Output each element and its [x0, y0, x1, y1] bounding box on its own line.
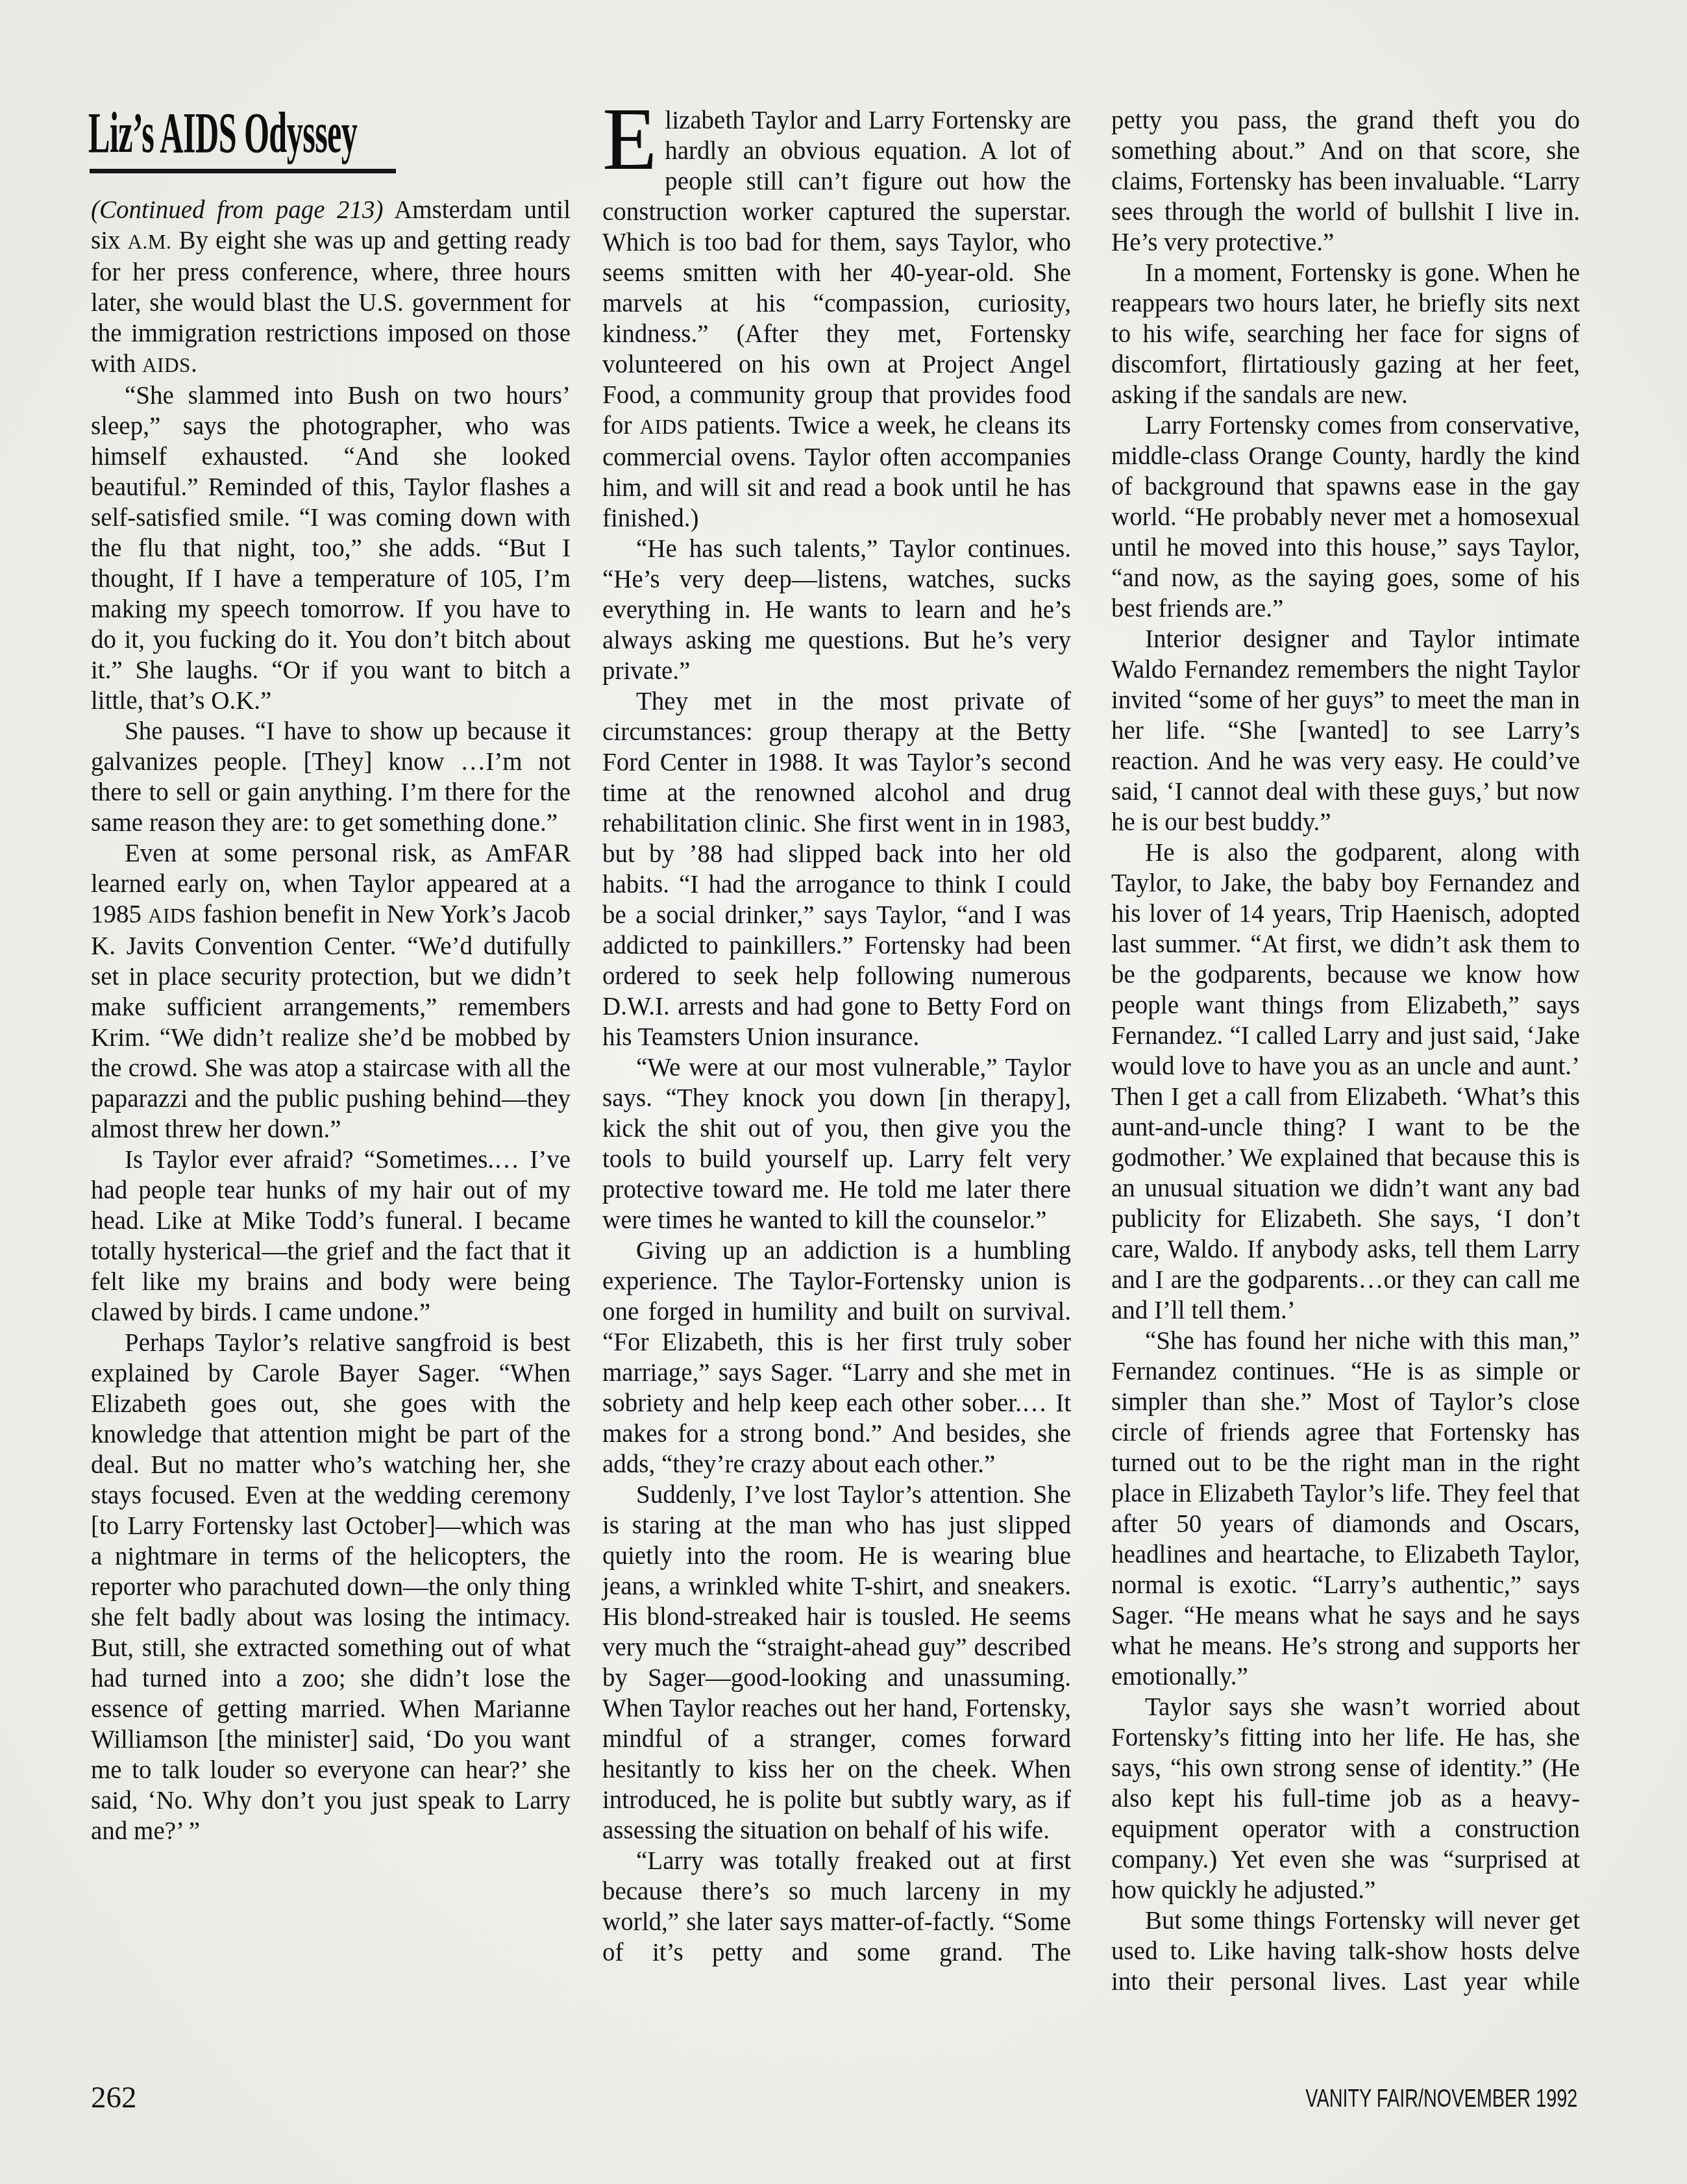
text-column-2: Elizabeth Taylor and Larry Fortensky are… [602, 105, 1071, 1968]
page-number: 262 [91, 2081, 137, 2114]
article-title: Liz’s AIDS Odyssey [88, 103, 357, 165]
title-rule [90, 169, 396, 173]
continued-note: (Continued from page 213) [91, 196, 384, 224]
paragraph: Is Taylor ever afraid? “Sometimes.… I’ve… [91, 1145, 571, 1328]
small-caps-text: AIDS [142, 354, 191, 377]
paragraph: In a moment, Fortensky is gone. When he … [1111, 258, 1580, 410]
paragraph: “He has such talents,” Taylor continues.… [602, 534, 1071, 686]
paragraph: Larry Fortensky comes from conservative,… [1111, 410, 1580, 624]
small-caps-text: AIDS [148, 904, 197, 927]
small-caps-text: A.M. [128, 230, 172, 253]
paragraph: Suddenly, I’ve lost Taylor’s attention. … [602, 1480, 1071, 1846]
paragraph: He is also the godparent, along with Tay… [1111, 838, 1580, 1326]
paragraph: They met in the most private of circumst… [602, 686, 1071, 1052]
paragraph: Perhaps Taylor’s relative sangfroid is b… [91, 1328, 571, 1846]
paragraph: “She slammed into Bush on two hours’ sle… [91, 380, 571, 716]
paragraph: “She has found her niche with this man,”… [1111, 1326, 1580, 1692]
paragraph: Taylor says she wasn’t worried about For… [1111, 1692, 1580, 1905]
paragraph: She pauses. “I have to show up because i… [91, 716, 571, 838]
paragraph: (Continued from page 213) Amsterdam unti… [91, 195, 571, 380]
paragraph: petty you pass, the grand theft you do s… [1111, 105, 1580, 258]
drop-cap: E [602, 105, 665, 170]
magazine-folio: VANITY FAIR/NOVEMBER 1992 [1305, 2085, 1577, 2113]
paragraph: But some things Fortensky will never get… [1111, 1905, 1580, 1997]
paragraph: “We were at our most vulnerable,” Taylor… [602, 1052, 1071, 1235]
text-column-3: petty you pass, the grand theft you do s… [1111, 105, 1580, 1997]
magazine-page: Liz’s AIDS Odyssey (Continued from page … [0, 0, 1687, 2184]
paragraph: Even at some personal risk, as AmFAR lea… [91, 838, 571, 1145]
paragraph: “Larry was totally freaked out at first … [602, 1846, 1071, 1968]
small-caps-text: AIDS [640, 416, 689, 438]
paragraph: Giving up an addiction is a humbling exp… [602, 1235, 1071, 1480]
paragraph: Interior designer and Taylor intimate Wa… [1111, 624, 1580, 838]
text-column-1: (Continued from page 213) Amsterdam unti… [91, 195, 571, 1846]
paragraph: Elizabeth Taylor and Larry Fortensky are… [602, 105, 1071, 534]
